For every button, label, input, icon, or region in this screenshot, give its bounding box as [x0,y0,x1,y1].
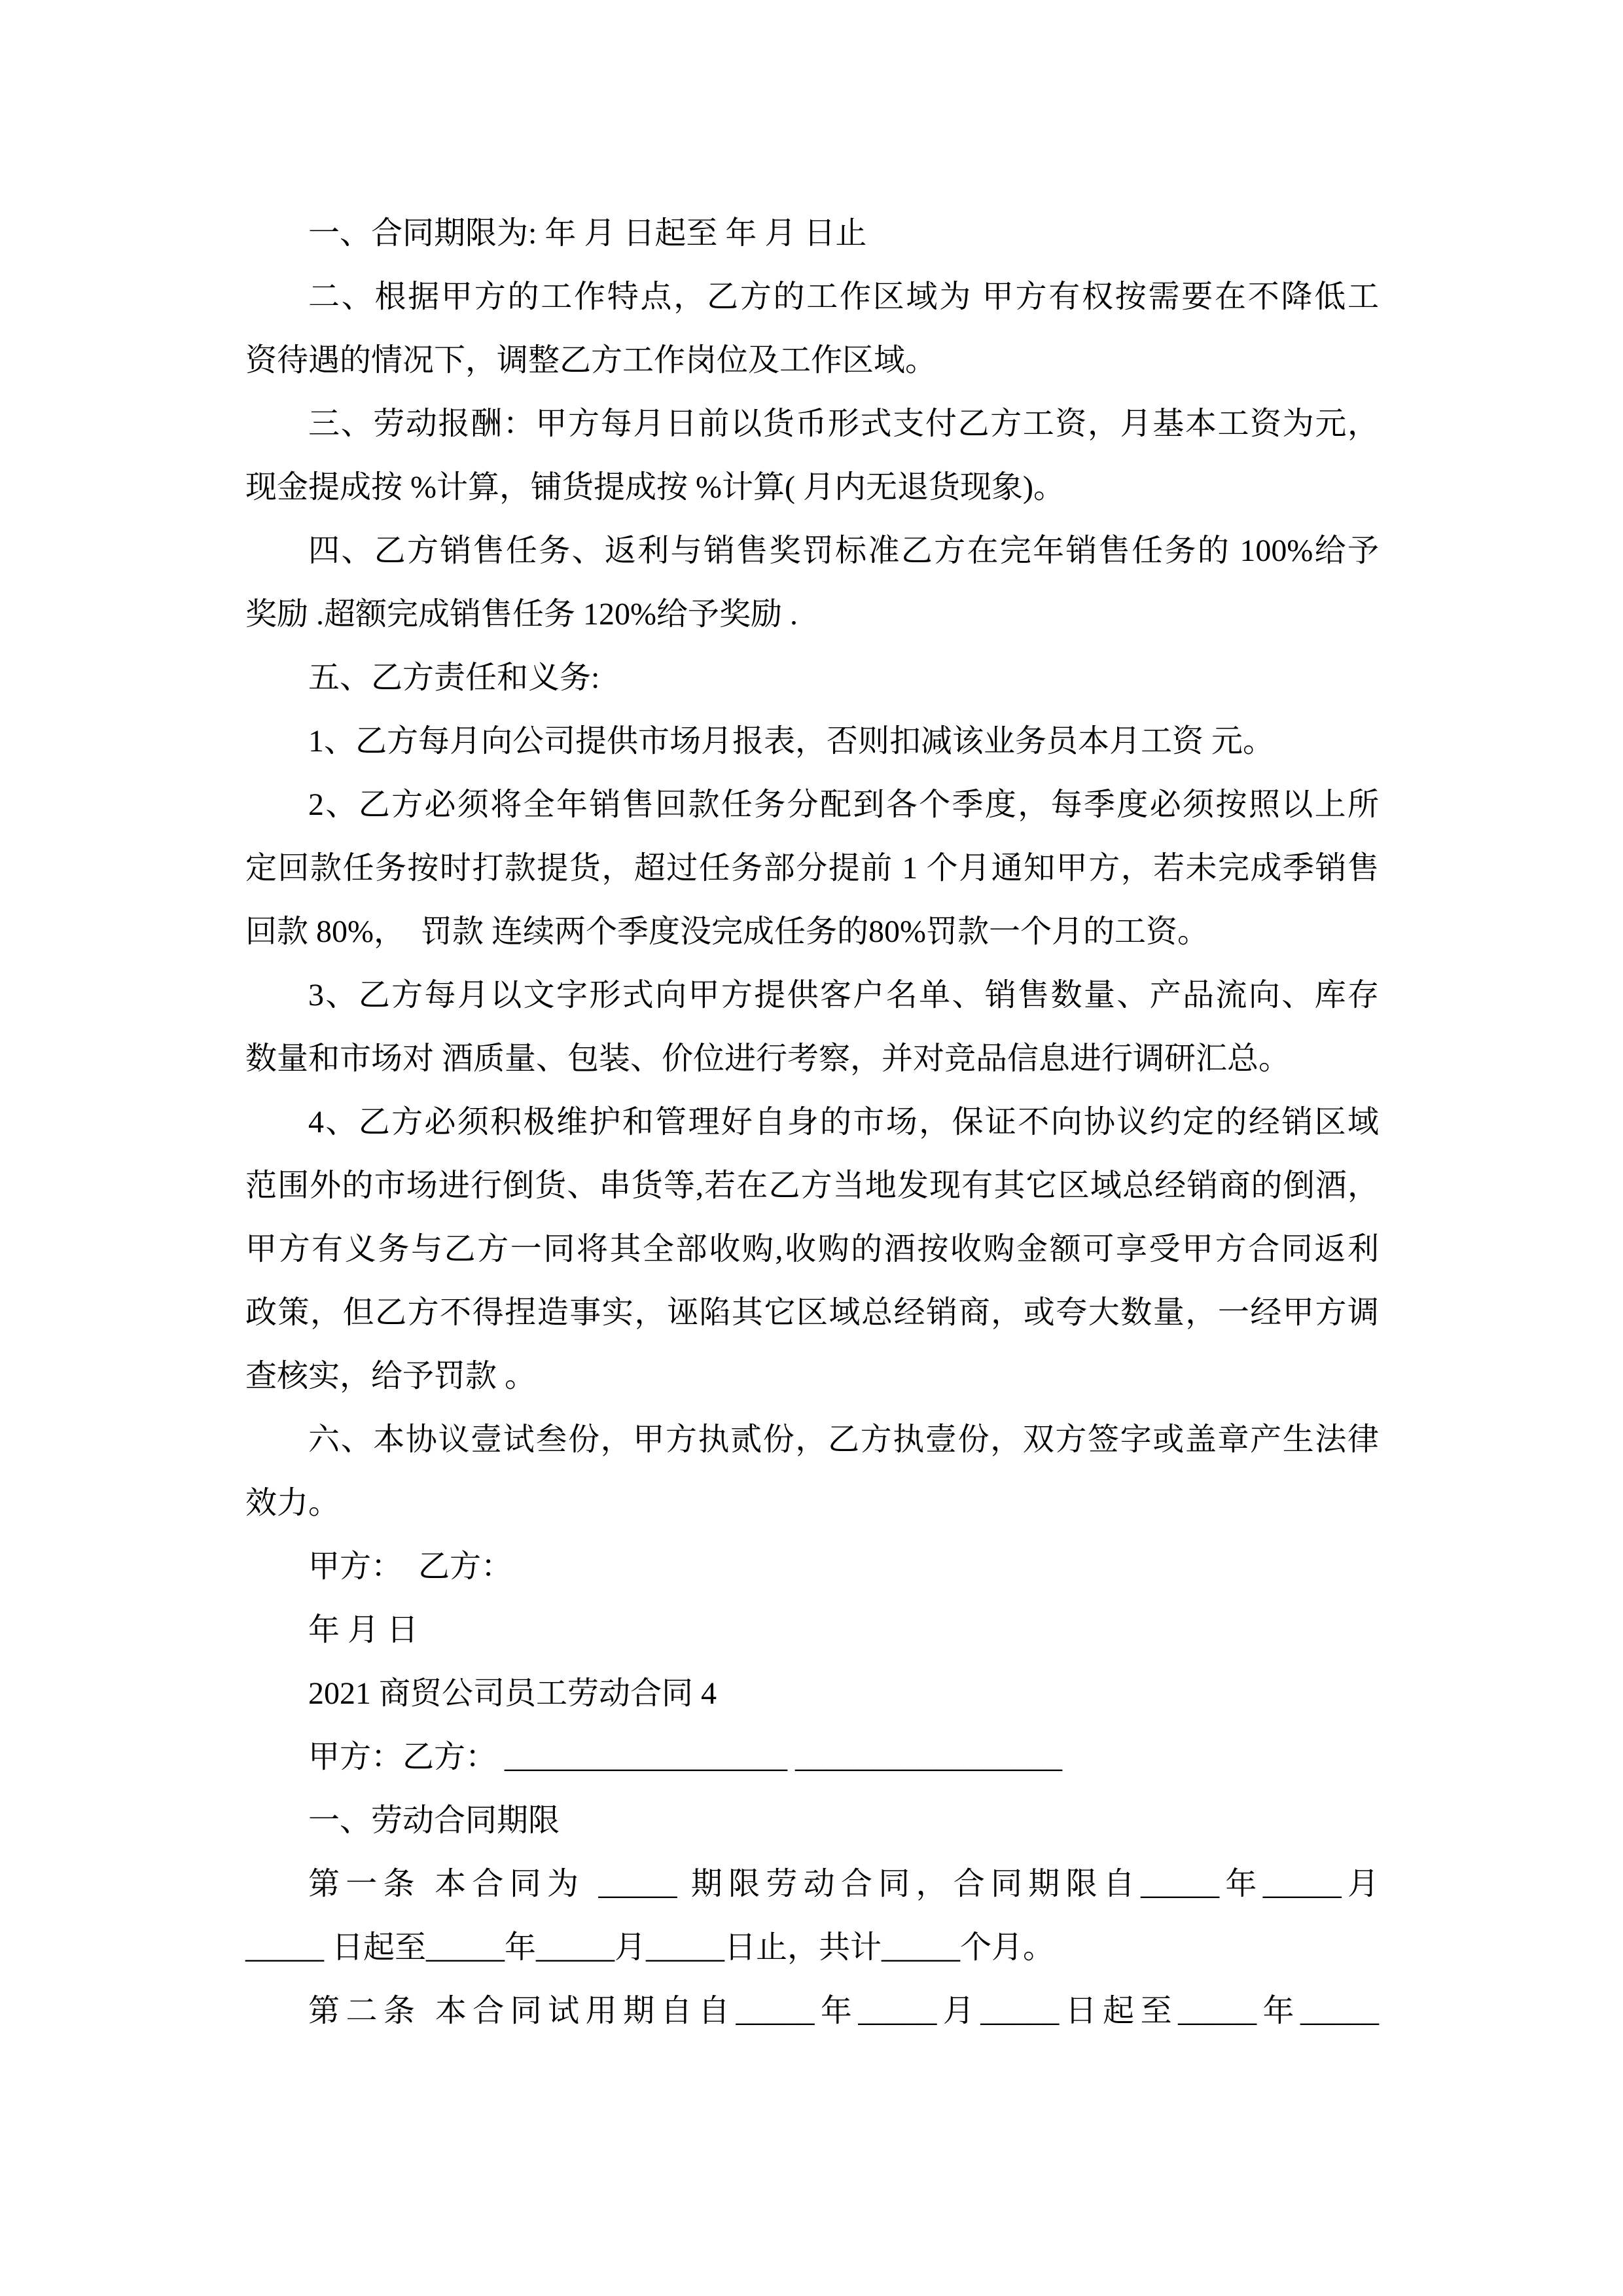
text-line: 数量和市场对 酒质量、包装、价位进行考察，并对竞品信息进行调研汇总。 [245,1027,1379,1090]
text-line: 4、乙方必须积极维护和管理好自身的市场，保证不向协议约定的经销区域 [245,1090,1379,1154]
text-line: 查核实，给予罚款 。 [245,1344,1379,1408]
text-line: 资待遇的情况下，调整乙方工作岗位及工作区域。 [245,329,1379,392]
text-line: 2021 商贸公司员工劳动合同 4 [245,1662,1379,1725]
text-line: 甲方有义务与乙方一同将其全部收购,收购的酒按收购金额可享受甲方合同返利 [245,1217,1379,1281]
text-line: 五、乙方责任和义务: [245,646,1379,709]
text-line: 甲方： 乙方： [245,1535,1379,1598]
text-line: 回款 80%， 罚款 连续两个季度没完成任务的80%罚款一个月的工资。 [245,900,1379,963]
text-line: _____ 日起至_____年_____月_____日止，共计_____个月。 [245,1916,1379,1979]
text-line: 三、劳动报酬：甲方每月日前以货币形式支付乙方工资，月基本工资为元， [245,392,1379,456]
text-line: 一、合同期限为: 年 月 日起至 年 月 日止 [245,202,1379,265]
text-line: 奖励 .超额完成销售任务 120%给予奖励 . [245,583,1379,646]
text-line: 一、劳动合同期限 [245,1789,1379,1852]
text-line: 六、本协议壹试叁份，甲方执贰份，乙方执壹份，双方签字或盖章产生法律 [245,1408,1379,1471]
contract-document-page: 一、合同期限为: 年 月 日起至 年 月 日止二、根据甲方的工作特点，乙方的工作… [0,0,1623,2296]
text-line: 第一条 本合同为 _____ 期限劳动合同，合同期限自_____年_____月 [245,1852,1379,1916]
text-line: 四、乙方销售任务、返利与销售奖罚标准乙方在完年销售任务的 100%给予 [245,519,1379,583]
text-line: 定回款任务按时打款提货，超过任务部分提前 1 个月通知甲方，若未完成季销售 [245,836,1379,900]
text-line: 1、乙方每月向公司提供市场月报表，否则扣减该业务员本月工资 元。 [245,709,1379,773]
text-line: 二、根据甲方的工作特点，乙方的工作区域为 甲方有权按需要在不降低工 [245,265,1379,329]
text-line: 年 月 日 [245,1598,1379,1662]
text-line: 2、乙方必须将全年销售回款任务分配到各个季度，每季度必须按照以上所 [245,773,1379,836]
text-line: 政策，但乙方不得捏造事实，诬陷其它区域总经销商，或夸大数量，一经甲方调 [245,1281,1379,1344]
text-line: 3、乙方每月以文字形式向甲方提供客户名单、销售数量、产品流向、库存 [245,963,1379,1027]
text-line: 范围外的市场进行倒货、串货等,若在乙方当地发现有其它区域总经销商的倒酒， [245,1154,1379,1217]
text-line: 现金提成按 %计算，铺货提成按 %计算( 月内无退货现象)。 [245,456,1379,519]
text-line: 甲方：乙方： __________________ ______________… [245,1725,1379,1789]
text-line: 第二条 本合同试用期自自_____年_____月_____日起至_____年__… [245,1979,1379,2043]
text-line: 效力。 [245,1471,1379,1535]
contract-text: 一、合同期限为: 年 月 日起至 年 月 日止二、根据甲方的工作特点，乙方的工作… [245,202,1379,2043]
